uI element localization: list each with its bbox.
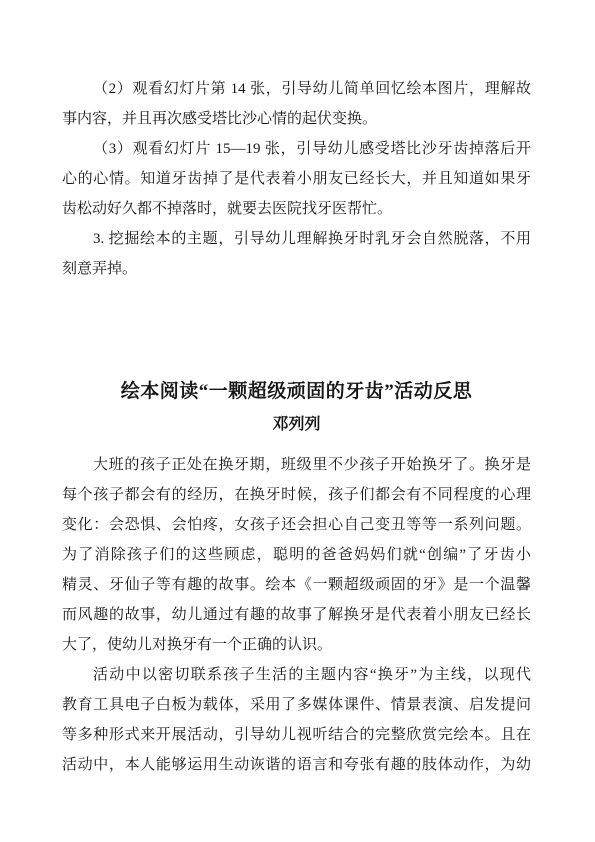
article-title: 绘本阅读“一颗超级顽固的牙齿”活动反思	[62, 376, 531, 408]
text-line: 刻意弄掉。	[62, 254, 531, 284]
text-line: 变化：会恐惧、会怕疼，女孩子还会担心自己变丑等等一系列问题。	[62, 510, 531, 540]
article-paragraph-2: 活动中以密切联系孩子生活的主题内容“换牙”为主线，以现代教育工具电子白板为载体，…	[62, 660, 531, 780]
page-content: （2）观看幻灯片第 14 张，引导幼儿简单回忆绘本图片，理解故事内容，并且再次感…	[62, 0, 531, 780]
text-line: 活动中以密切联系孩子生活的主题内容“换牙”为主线，以现代	[62, 660, 531, 690]
text-line: 等多种形式来开展活动，引导幼儿视听结合的完整欣赏完绘本。且在	[62, 720, 531, 750]
document-page: （2）观看幻灯片第 14 张，引导幼儿简单回忆绘本图片，理解故事内容，并且再次感…	[0, 0, 595, 842]
text-line: 心的心情。知道牙齿掉了是代表着小朋友已经长大，并且知道如果牙	[62, 164, 531, 194]
text-line: 3. 挖掘绘本的主题，引导幼儿理解换牙时乳牙会自然脱落，不用	[62, 224, 531, 254]
text-line: 大班的孩子正处在换牙期，班级里不少孩子开始换牙了。换牙是	[62, 450, 531, 480]
text-line: 活动中，本人能够运用生动诙谐的语言和夸张有趣的肢体动作，为幼	[62, 750, 531, 780]
text-line: （2）观看幻灯片第 14 张，引导幼儿简单回忆绘本图片，理解故	[62, 74, 531, 104]
text-line: 教育工具电子白板为载体，采用了多媒体课件、情景表演、启发提问	[62, 690, 531, 720]
text-line: 大了，使幼儿对换牙有一个正确的认识。	[62, 630, 531, 660]
article-paragraph-1: 大班的孩子正处在换牙期，班级里不少孩子开始换牙了。换牙是每个孩子都会有的经历，在…	[62, 450, 531, 660]
text-line: （3）观看幻灯片 15—19 张，引导幼儿感受塔比沙牙齿掉落后开	[62, 134, 531, 164]
text-line: 精灵、牙仙子等有趣的故事。绘本《一颗超级顽固的牙》是一个温馨	[62, 570, 531, 600]
article-author: 邓列列	[62, 410, 531, 440]
text-line: 每个孩子都会有的经历，在换牙时候，孩子们都会有不同程度的心理	[62, 480, 531, 510]
text-line: 为了消除孩子们的这些顾虑，聪明的爸爸妈妈们就“创编”了牙齿小	[62, 540, 531, 570]
previous-section-text: （2）观看幻灯片第 14 张，引导幼儿简单回忆绘本图片，理解故事内容，并且再次感…	[62, 0, 531, 284]
text-line: 而风趣的故事，幼儿通过有趣的故事了解换牙是代表着小朋友已经长	[62, 600, 531, 630]
text-line: 事内容，并且再次感受塔比沙心情的起伏变换。	[62, 104, 531, 134]
text-line: 齿松动好久都不掉落时，就要去医院找牙医帮忙。	[62, 194, 531, 224]
